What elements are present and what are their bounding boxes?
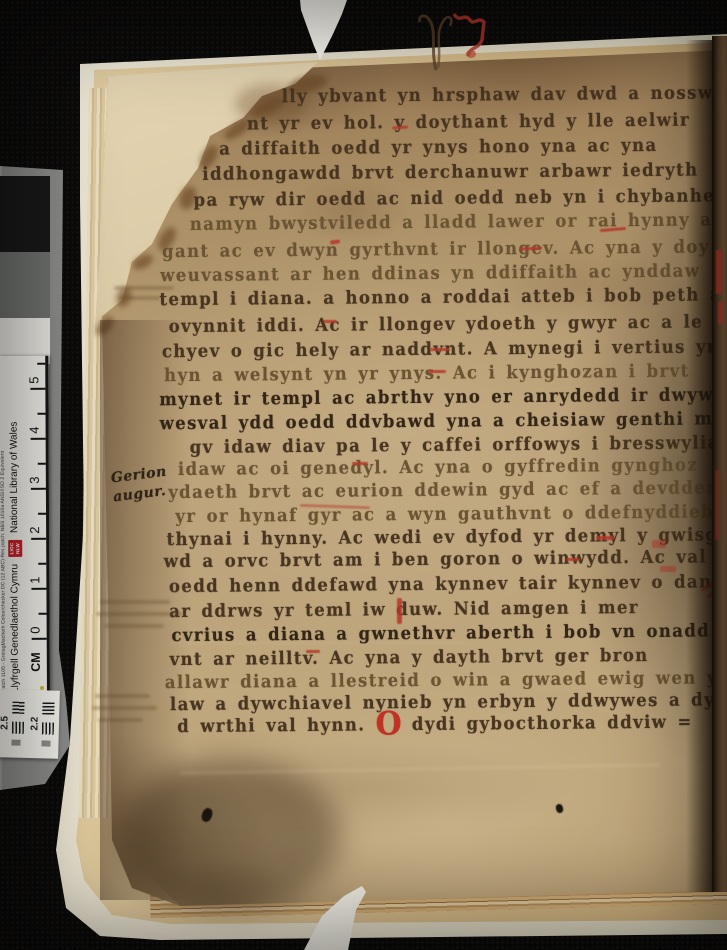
faded-marginalia <box>96 612 182 616</box>
manuscript-line: law a dywchiavel nynieb yn erbyn y ddwyw… <box>170 689 715 714</box>
manuscript-line: yr or hynaf gyr ac a wyn gauthvnt o ddef… <box>175 501 727 527</box>
manuscript-line: nt yr ev hol. y doythant hyd y lle aelwi… <box>247 109 690 133</box>
ruler-number: 0 <box>28 627 43 634</box>
rubrication-mark <box>352 462 368 465</box>
rubrication-paraph <box>397 598 402 624</box>
ruler-tick <box>31 538 46 540</box>
manuscript-line: weuvassant ar hen ddinas yn ddiffaith ac… <box>160 260 700 285</box>
nlw-ruler: Patch 1105 - GretagMacbeth Colourchecker… <box>0 356 50 698</box>
ruler-number: 1 <box>27 577 42 584</box>
ruler-number: 3 <box>27 477 42 484</box>
gray-card-gray-patch <box>0 252 50 318</box>
resolution-patch: 2.2 <box>28 694 57 755</box>
ruler-tick <box>31 438 46 440</box>
manuscript-line: oedd henn ddefawd yna kynnev tair kynnev… <box>169 571 713 596</box>
resolution-grating <box>41 740 50 746</box>
ruler-tick <box>38 413 46 415</box>
rubrication-mark <box>430 348 450 351</box>
last-line-suffix: dydi gybocthorka ddviw = <box>412 711 693 734</box>
ruler-tick <box>32 638 47 640</box>
ruler-tick <box>31 588 46 590</box>
manuscript-line: ar ddrws yr teml iw duw. Nid amgen i mer <box>169 597 639 622</box>
manuscript-line: idaw ac oi genedyl. Ac yna o gyffredin g… <box>178 454 698 479</box>
resolution-patch-strip: 2.5 2.2 <box>0 689 60 759</box>
manuscript-line: vnt ar neilltv. Ac yna y dayth brvt ger … <box>170 645 649 670</box>
resolution-patch-label: 2.2 <box>29 710 41 738</box>
cm-label: CM <box>29 652 43 672</box>
manuscript-line: iddhongawdd brvt derchanuwr arbawr iedry… <box>202 159 698 184</box>
resolution-grating <box>11 740 20 746</box>
rubrication-mark <box>596 536 614 540</box>
manuscript-line: gant ac ev dwyn gyrthvnt ir llongev. Ac … <box>162 236 710 261</box>
faded-marginalia <box>100 600 170 604</box>
facing-page-red-text <box>715 470 720 540</box>
rubrication-mark <box>652 540 666 548</box>
facing-page-red-text <box>718 302 723 324</box>
pen-trial-flourish <box>408 10 518 72</box>
manuscript-line: a diffaith oedd yr ynys hono yna ac yna <box>219 135 658 159</box>
faded-marginalia <box>92 706 157 710</box>
ruler-tick <box>30 388 45 390</box>
facing-page-sliver <box>712 36 727 892</box>
resolution-patch-label: 2.5 <box>0 709 11 737</box>
manuscript-last-line: d wrthi val hynn. O dydi gybocthorka ddv… <box>177 711 693 736</box>
faded-marginalia <box>98 718 143 722</box>
resolution-patch: 2.5 <box>0 693 27 754</box>
manuscript-line: mynet ir templ ac abrthv yno er anrydedd… <box>159 384 714 409</box>
text-block: lly ybvant yn hrsphaw dav dwd a nossw nt… <box>0 0 727 950</box>
faded-marginalia <box>114 286 174 290</box>
rubrication-mark <box>428 370 446 373</box>
resolution-grating <box>42 702 54 714</box>
rubrication-mark <box>660 566 676 572</box>
library-name-welsh: Llyfrgell Genedlaethol Cymru <box>9 564 21 693</box>
ruler-number: 4 <box>27 427 42 434</box>
manuscript-line: ydaeth brvt ac eurion ddewin gyd ac ef a… <box>168 477 727 503</box>
ruler-tick <box>38 513 46 515</box>
gray-card-black-patch <box>0 176 50 252</box>
ruler-number: 2 <box>27 527 42 534</box>
resolution-grating <box>12 722 24 734</box>
ruler-fine-print: Patch 1105 - GretagMacbeth Colourchecker… <box>0 358 7 692</box>
manuscript-line: wesval ydd oedd ddvbawd yna a cheisiaw g… <box>159 408 727 434</box>
marginal-note-gerion: Gerion augur. <box>110 463 170 508</box>
manuscript-line: pa ryw dir oedd ac nid oedd neb yn i chy… <box>194 185 727 210</box>
rubrication-mark <box>323 320 337 323</box>
ruler-scale: CM 0 1 2 3 4 5 <box>19 356 50 698</box>
faded-marginalia <box>95 694 150 698</box>
ruler-tick <box>38 563 46 565</box>
manuscript-line: allawr diana a llestreid o win a gwaed e… <box>165 667 727 693</box>
ruler-tick <box>38 463 46 465</box>
manuscript-line: ovynnit iddi. Ac ir llongev ydoeth y gwy… <box>169 311 704 336</box>
manuscript-line: gv idaw diav pa le y caffei orffowys i b… <box>190 432 727 457</box>
manuscript-line: thynai i hynny. Ac wedi ev dyfod yr demy… <box>166 524 727 549</box>
faded-marginalia <box>104 624 164 628</box>
ruler-tick <box>37 363 45 365</box>
ruler-tick <box>31 488 46 490</box>
manuscript-photo: lly ybvant yn hrsphaw dav dwd a nossw nt… <box>0 0 727 950</box>
resolution-grating <box>42 722 54 734</box>
rubrication-mark <box>566 558 580 561</box>
manuscript-line: namyn bwystviledd a lladd lawer or rai h… <box>190 209 727 234</box>
faded-marginalia <box>120 296 160 300</box>
library-name-english: National Library of Wales <box>9 422 21 533</box>
manuscript-line: hyn a welsynt yn yr ynys. Ac i kynghozan… <box>164 360 690 385</box>
rubrication-mark <box>306 650 320 653</box>
manuscript-line: templ i diana. a honno a roddai atteb i … <box>159 284 727 310</box>
manuscript-line: cvrius a diana a gwnethvr aberth i bob v… <box>171 620 710 645</box>
ruler-number: 5 <box>26 377 41 384</box>
dust-speck <box>40 686 44 690</box>
ruler-tick <box>39 613 47 615</box>
resolution-grating <box>12 702 24 714</box>
manuscript-line: wd a orvc brvt am i ben goron o winwydd.… <box>164 546 727 572</box>
manuscript-line: lly ybvant yn hrsphaw dav dwd a nossw <box>282 82 714 106</box>
red-initial-o: O <box>375 705 401 743</box>
facing-page-red-text <box>716 250 722 294</box>
last-line-prefix: d wrthi val hynn. <box>177 714 365 736</box>
